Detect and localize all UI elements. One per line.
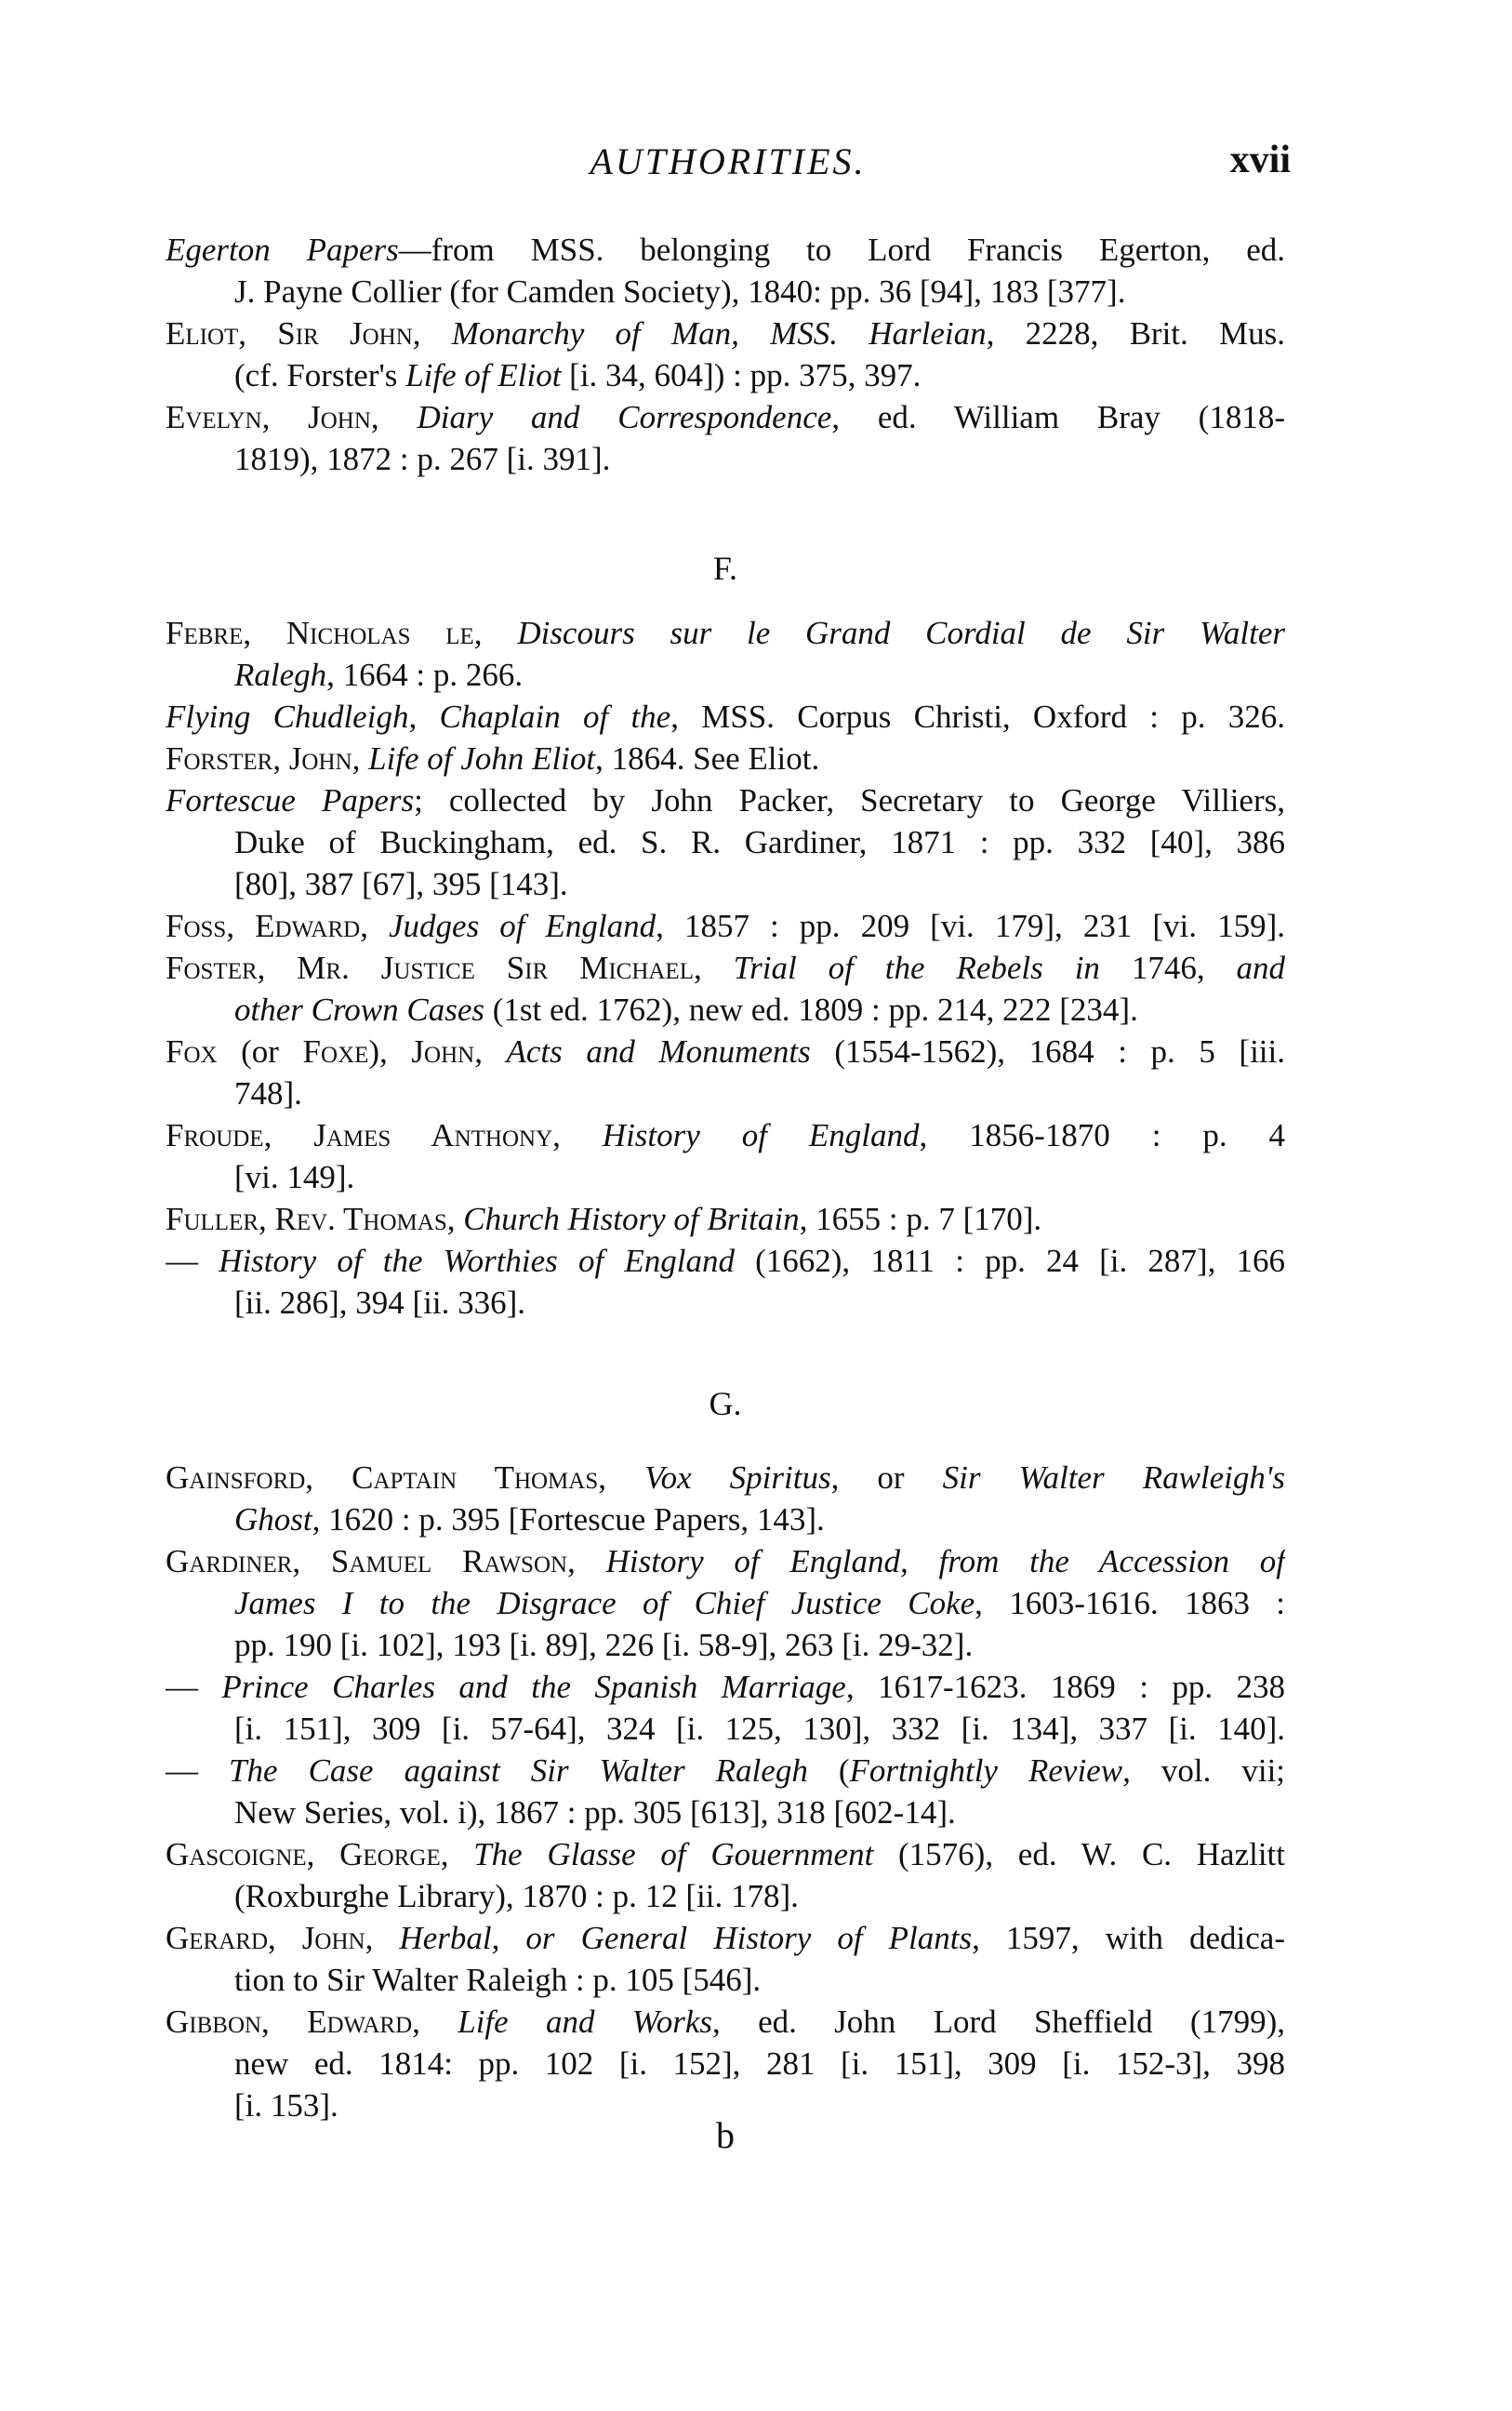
entry-line: — Prince Charles and the Spanish Marriag… [166,1666,1285,1708]
work-title: Judges of England [389,908,656,944]
entry-text: , [365,1920,400,1956]
entry-text: , [360,908,389,944]
running-head: AUTHORITIES. xvii [166,140,1291,186]
entry-text: , 1664 : p. 266. [326,657,523,693]
work-title: Prince Charles and the Spanish Marriage [221,1669,845,1705]
section-letter-f: F. [166,549,1285,588]
entry-text: , 1856-1870 : p. 4 [919,1117,1285,1153]
author-name: Gainsford, Captain Thomas [166,1459,598,1496]
entry-text: (1662), 1811 : pp. 24 [i. 287], 166 [735,1243,1285,1279]
entry-text: ; collected by John Packer, Secretary to… [414,782,1285,819]
work-title: Ralegh [234,657,326,693]
entry-text: (Roxburghe Library), 1870 : p. 12 [ii. 1… [234,1878,799,1914]
work-title: Monarchy of Man, MSS. Harleian [452,315,987,352]
entry-continuation-line: other Crown Cases (1st ed. 1762), new ed… [234,989,1285,1031]
author-name: Froude, James Anthony [166,1117,552,1153]
entry-text: [80], 387 [67], 395 [143]. [234,866,568,902]
author-name: Gascoigne, George [166,1836,441,1872]
work-title: History of England, from the Accession o… [606,1543,1285,1579]
entry-line: Froude, James Anthony, History of Englan… [166,1114,1285,1156]
entry-continuation-line: [ii. 286], 394 [ii. 336]. [234,1282,1285,1324]
entry-continuation-line: Duke of Buckingham, ed. S. R. Gardiner, … [234,821,1285,863]
entry-continuation-line: Ralegh, 1664 : p. 266. [234,654,1285,696]
entry-continuation-line: 1819), 1872 : p. 267 [i. 391]. [234,438,1285,480]
entry-text: — [166,1752,229,1789]
work-title: other Crown Cases [234,992,484,1028]
entry-line: Foss, Edward, Judges of England, 1857 : … [166,905,1285,947]
work-title: Ghost [234,1501,312,1538]
work-title: History of the Worthies of England [219,1243,735,1279]
entry-text: , ed. William Bray (1818- [831,399,1285,435]
work-title: Church History of Britain [463,1201,799,1237]
author-name: Fuller, Rev. Thomas [166,1201,447,1237]
entry-text: , or [831,1459,943,1496]
entry-text: pp. 190 [i. 102], 193 [i. 89], 226 [i. 5… [234,1627,973,1663]
entry-text: (1576), ed. W. C. Hazlitt [873,1836,1285,1872]
entry-text: 748]. [234,1075,302,1112]
entry-text: — [166,1669,221,1705]
author-name: Foster, Mr. Justice Sir Michael [166,950,694,986]
work-title: Discours sur le Grand Cordial de Sir Wal… [517,615,1285,651]
entry-text: , [694,950,734,986]
work-title: Sir Walter Rawleigh's [943,1459,1285,1496]
entry-line: — The Case against Sir Walter Ralegh (Fo… [166,1750,1285,1792]
section-letter-g: G. [166,1384,1285,1423]
entry-text: , [413,315,452,352]
entry-line: Gascoigne, George, The Glasse of Gouernm… [166,1833,1285,1875]
work-title: The Case against Sir Walter Ralegh [229,1752,808,1789]
author-name: Gerard, John [166,1920,365,1956]
entry-text: , vol. vii; [1122,1752,1285,1789]
author-name: Foss, Edward [166,908,360,944]
entry-text: , 1603-1616. 1863 : [975,1585,1285,1621]
entry-continuation-line: [i. 151], 309 [i. 57-64], 324 [i. 125, 1… [234,1708,1285,1750]
entry-text: [vi. 149]. [234,1159,354,1195]
entry-line: — History of the Worthies of England (16… [166,1240,1285,1282]
author-name: Gibbon, Edward [166,2004,412,2040]
entry-text: , [371,399,418,435]
entry-text: 1819), 1872 : p. 267 [i. 391]. [234,441,610,477]
entry-continuation-line: [80], 387 [67], 395 [143]. [234,863,1285,905]
entry-text: tion to Sir Walter Raleigh : p. 105 [546… [234,1962,761,1998]
work-title: Vox Spiritus [644,1459,831,1496]
author-name: Forster, John [166,740,352,777]
entry-line: Febre, Nicholas le, Discours sur le Gran… [166,612,1285,654]
entry-text: , [352,740,369,777]
entry-continuation-line: J. Payne Collier (for Camden Society), 1… [234,271,1285,313]
entry-text: , [447,1201,464,1237]
work-title: Life of Eliot [405,357,561,393]
entry-line: Foster, Mr. Justice Sir Michael, Trial o… [166,947,1285,989]
entry-line: Fox (or Foxe), John, Acts and Monuments … [166,1031,1285,1072]
entry-line: Forster, John, Life of John Eliot, 1864.… [166,738,1285,779]
entry-text: , 1864. See Eliot. [595,740,819,777]
entry-line: Gibbon, Edward, Life and Works, ed. John… [166,2001,1285,2043]
entry-line: Fortescue Papers; collected by John Pack… [166,779,1285,821]
entry-text: , [441,1836,473,1872]
entry-text: [i. 34, 604]) : pp. 375, 397. [561,357,921,393]
author-name: John [411,1033,474,1070]
entry-line: Gainsford, Captain Thomas, Vox Spiritus,… [166,1457,1285,1499]
work-title: and [1237,950,1285,986]
entry-continuation-line: (cf. Forster's Life of Eliot [i. 34, 604… [234,354,1285,396]
book-page: AUTHORITIES. xvii Egerton Papers—from MS… [0,0,1512,2411]
entry-text: , ed. John Lord Sheffield (1799), [712,2004,1285,2040]
work-title: Acts and Monuments [507,1033,811,1070]
author-name: Fox [166,1033,218,1070]
entry-text: —from MSS. belonging to Lord Francis Ege… [399,232,1285,268]
entry-line: Flying Chudleigh, Chaplain of the, MSS. … [166,696,1285,738]
entry-text: , 1857 : pp. 209 [vi. 179], 231 [vi. 159… [656,908,1285,944]
entry-text: (cf. Forster's [234,357,405,393]
entry-text: , 1655 : p. 7 [170]. [800,1201,1042,1237]
entry-text: ( [808,1752,850,1789]
entry-continuation-line: [vi. 149]. [234,1156,1285,1198]
entry-text: , 2228, Brit. Mus. [987,315,1285,352]
entry-text: , [567,1543,606,1579]
work-title: Flying Chudleigh, Chaplain of the [166,699,670,735]
work-title: History of England [603,1117,920,1153]
entry-text: [i. 151], 309 [i. 57-64], 324 [i. 125, 1… [234,1711,1285,1747]
entry-text: , [412,2004,458,2040]
work-title: The Glasse of Gouernment [473,1836,873,1872]
author-name: Evelyn, John [166,399,371,435]
entry-continuation-line: New Series, vol. i), 1867 : pp. 305 [613… [234,1792,1285,1833]
entry-text: , [474,1033,506,1070]
entry-text: , [598,1459,644,1496]
work-title: Herbal, or General History of Plants [399,1920,972,1956]
entry-text: , 1597, with dedica- [972,1920,1285,1956]
entry-continuation-line: new ed. 1814: pp. 102 [i. 152], 281 [i. … [234,2043,1285,2085]
work-title: Diary and Correspondence [417,399,831,435]
entry-continuation-line: 748]. [234,1072,1285,1114]
entry-text: , 1620 : p. 395 [Fortescue Papers, 143]. [312,1501,825,1538]
printer-signature: b [166,2113,1285,2157]
entry-line: Evelyn, John, Diary and Correspondence, … [166,396,1285,438]
entry-text: New Series, vol. i), 1867 : pp. 305 [613… [234,1794,956,1831]
entry-line: Egerton Papers—from MSS. belonging to Lo… [166,229,1285,271]
entry-continuation-line: pp. 190 [i. 102], 193 [i. 89], 226 [i. 5… [234,1624,1285,1666]
author-name: Foxe [303,1033,369,1070]
author-name: Gardiner, Samuel Rawson [166,1543,567,1579]
work-title: Trial of the Rebels in [734,950,1100,986]
entry-text: new ed. 1814: pp. 102 [i. 152], 281 [i. … [234,2045,1285,2082]
work-title: Fortescue Papers [166,782,414,819]
entry-text: (1st ed. 1762), new ed. 1809 : pp. 214, … [484,992,1138,1028]
work-title: Fortnightly Review [850,1752,1123,1789]
entry-continuation-line: tion to Sir Walter Raleigh : p. 105 [546… [234,1959,1285,2001]
work-title: James I to the Disgrace of Chief Justice… [234,1585,975,1621]
entry-text: , [474,615,518,651]
entry-text: , [552,1117,603,1153]
entry-continuation-line: (Roxburghe Library), 1870 : p. 12 [ii. 1… [234,1875,1285,1917]
work-title: Life of John Eliot [368,740,595,777]
running-head-title: AUTHORITIES. [166,140,1291,183]
entry-text: (1554-1562), 1684 : p. 5 [iii. [811,1033,1285,1070]
entry-text: J. Payne Collier (for Camden Society), 1… [234,273,1125,310]
entry-text: 1746, [1100,950,1237,986]
entry-text: (or [218,1033,303,1070]
author-name: Febre, Nicholas le [166,615,474,651]
work-title: Life and Works [458,2004,712,2040]
entry-text: [ii. 286], 394 [ii. 336]. [234,1285,525,1321]
entry-text: , MSS. Corpus Christi, Oxford : p. 326. [670,699,1285,735]
entry-text: , 1617-1623. 1869 : pp. 238 [846,1669,1285,1705]
entry-text: ), [368,1033,411,1070]
entry-line: Gardiner, Samuel Rawson, History of Engl… [166,1540,1285,1582]
page-number: xvii [1230,138,1291,182]
author-name: Eliot, Sir John [166,315,413,352]
entry-continuation-line: Ghost, 1620 : p. 395 [Fortescue Papers, … [234,1499,1285,1540]
work-title: Egerton Papers [166,232,399,268]
entry-line: Eliot, Sir John, Monarchy of Man, MSS. H… [166,313,1285,354]
entry-line: Fuller, Rev. Thomas, Church History of B… [166,1198,1285,1240]
entry-line: Gerard, John, Herbal, or General History… [166,1917,1285,1959]
entry-text: Duke of Buckingham, ed. S. R. Gardiner, … [234,824,1285,860]
entry-continuation-line: James I to the Disgrace of Chief Justice… [234,1582,1285,1624]
entry-text: — [166,1243,219,1279]
